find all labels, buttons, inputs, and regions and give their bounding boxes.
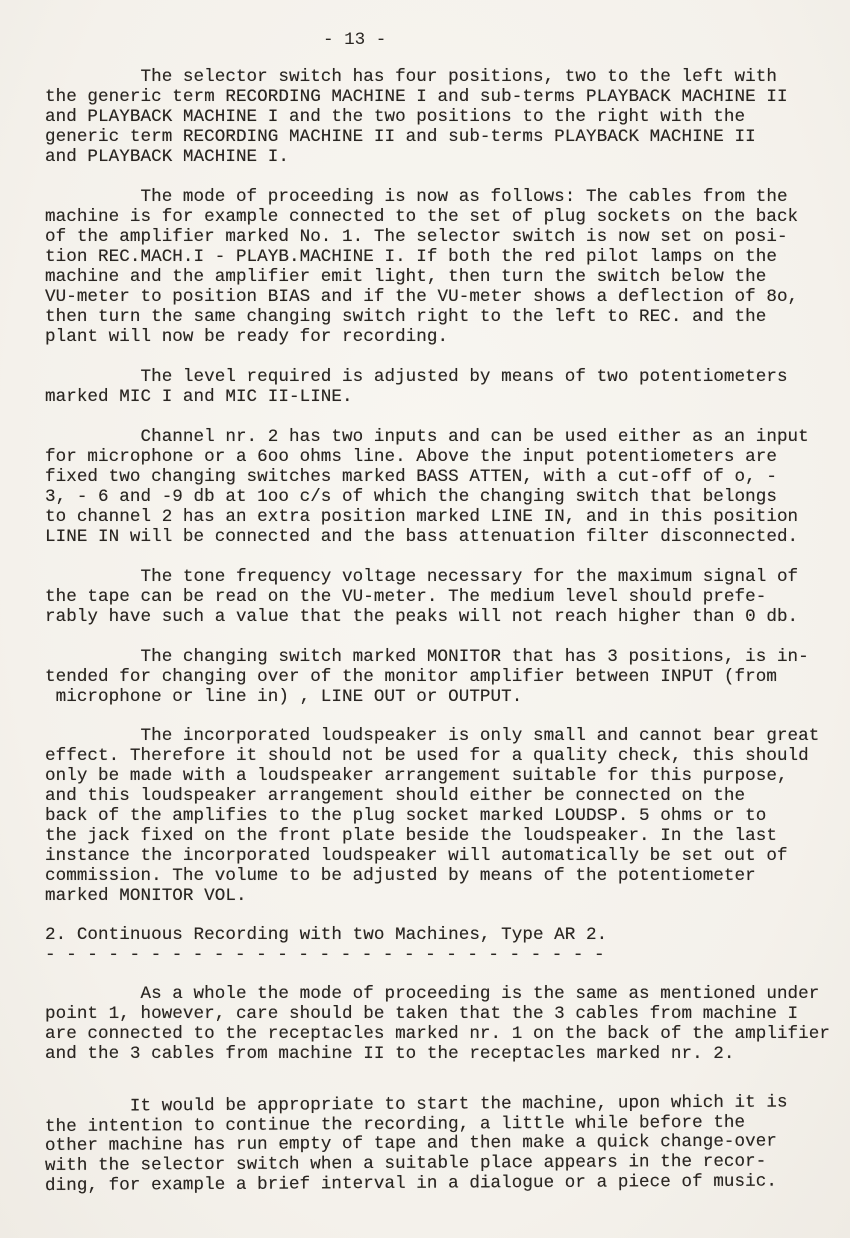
text-line: and this loudspeaker arrangement should … (45, 786, 745, 806)
text-line: only be made with a loudspeaker arrangem… (45, 766, 788, 786)
text-line: LINE IN will be connected and the bass a… (45, 527, 798, 547)
text-line: point 1, however, care should be taken t… (45, 1004, 798, 1024)
text-line: microphone or line in) , LINE OUT or OUT… (45, 687, 522, 707)
text-line: ding, for example a brief interval in a … (45, 1172, 777, 1196)
text-line: then turn the same changing switch right… (45, 307, 766, 327)
section-heading-underline: - - - - - - - - - - - - - - - - - - - - … (45, 945, 605, 965)
text-line: The mode of proceeding is now as follows… (45, 187, 788, 207)
text-line: and PLAYBACK MACHINE I. (45, 147, 289, 167)
text-line: to channel 2 has an extra position marke… (45, 507, 798, 527)
text-line: of the amplifier marked No. 1. The selec… (45, 227, 788, 247)
text-line: the jack fixed on the front plate beside… (45, 826, 777, 846)
text-line: generic term RECORDING MACHINE II and su… (45, 127, 756, 147)
text-line: are connected to the receptacles marked … (45, 1024, 830, 1044)
text-line: machine and the amplifier emit light, th… (45, 267, 766, 287)
text-line: rably have such a value that the peaks w… (45, 607, 798, 627)
text-line: the generic term RECORDING MACHINE I and… (45, 87, 788, 107)
text-line: the tape can be read on the VU-meter. Th… (45, 587, 766, 607)
text-line: tion REC.MACH.I - PLAYB.MACHINE I. If bo… (45, 247, 777, 267)
text-line: machine is for example connected to the … (45, 207, 798, 227)
text-line: instance the incorporated loudspeaker wi… (45, 846, 788, 866)
text-line: 3, - 6 and -9 db at 1oo c/s of which the… (45, 487, 777, 507)
text-line: back of the amplifies to the plug socket… (45, 806, 766, 826)
text-line: The selector switch has four positions, … (45, 67, 777, 87)
text-line: fixed two changing switches marked BASS … (45, 467, 777, 487)
text-line: The changing switch marked MONITOR that … (45, 647, 809, 667)
page-number: - 13 - (323, 30, 386, 50)
text-line: plant will now be ready for recording. (45, 327, 448, 347)
text-line: and PLAYBACK MACHINE I and the two posit… (45, 107, 745, 127)
text-line: commission. The volume to be adjusted by… (45, 866, 756, 886)
text-line: effect. Therefore it should not be used … (45, 746, 809, 766)
text-line: As a whole the mode of proceeding is the… (45, 984, 819, 1004)
text-line: Channel nr. 2 has two inputs and can be … (45, 427, 809, 447)
text-line: The tone frequency voltage necessary for… (45, 567, 798, 587)
text-line: VU-meter to position BIAS and if the VU-… (45, 287, 798, 307)
text-line: The incorporated loudspeaker is only sma… (45, 726, 819, 746)
text-line: marked MIC I and MIC II-LINE. (45, 387, 353, 407)
text-line: for microphone or a 6oo ohms line. Above… (45, 447, 777, 467)
text-line: The level required is adjusted by means … (45, 367, 788, 387)
section-heading-text: 2. Continuous Recording with two Machine… (45, 925, 607, 945)
text-line: and the 3 cables from machine II to the … (45, 1044, 735, 1064)
text-line: marked MONITOR VOL. (45, 886, 247, 906)
text-line: tended for changing over of the monitor … (45, 667, 777, 687)
typewritten-page: - 13 - The selector switch has four posi… (0, 0, 850, 1238)
